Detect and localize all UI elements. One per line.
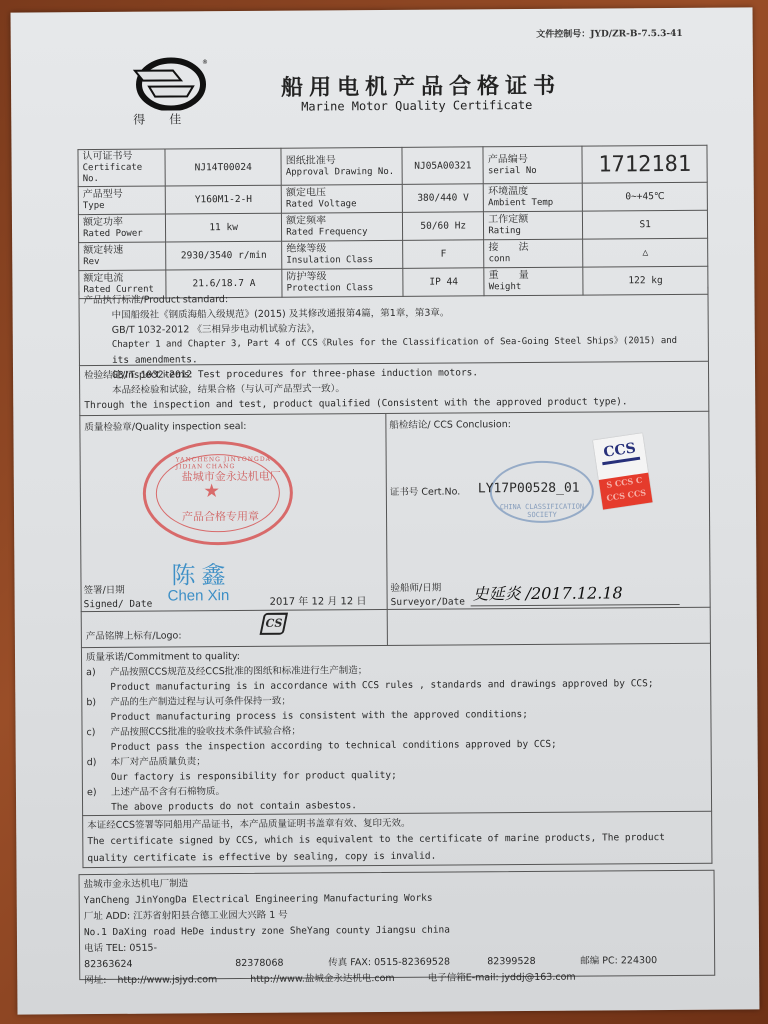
quality-seal-heading: 质量检验章/Quality inspection seal: (84, 418, 246, 433)
spec-label: 产品型号Type (78, 186, 165, 215)
signed-date-label: 签署/日期 Signed/ Date (84, 584, 153, 612)
cert-no-label: 证书号 Cert.No. (390, 483, 461, 497)
item-mark: a) (86, 665, 110, 680)
label-en: Rated Voltage (286, 199, 398, 211)
signed-label-cn: 签署/日期 (84, 584, 153, 598)
label-en: Rated Power (83, 229, 161, 241)
label-en: Insulation Class (286, 255, 398, 267)
item-mark: c) (86, 725, 110, 740)
ccs-sticker-red: S CCS C CCS CCS (599, 473, 653, 510)
signature-english: Chen Xin (168, 587, 230, 604)
spec-value: NJ14T00024 (165, 148, 281, 186)
website-link-2[interactable]: http://www.盐城金永达机电.com (250, 973, 394, 985)
cert-no-value: LY17P00528_01 (478, 481, 580, 497)
label-cn: 额定频率 (286, 215, 398, 228)
label-en: Certificate No. (83, 163, 161, 186)
spec-value: 0~+45℃ (583, 182, 708, 211)
label-cn: 工作定额 (488, 214, 578, 227)
spec-value: 50/60 Hz (403, 212, 484, 241)
spec-label: 额定功率Rated Power (78, 214, 165, 243)
spec-value: NJ05A00321 (402, 147, 483, 185)
spec-row: 额定转速Rev2930/3540 r/min绝缘等级Insulation Cla… (79, 238, 708, 270)
spec-value: 2930/3540 r/min (166, 241, 282, 270)
postcode: 邮编 PC: 224300 (580, 953, 657, 970)
item-cn: 上述产品不含有石棉物质。 (111, 786, 225, 798)
validity-section: 本证经CCS签署等同船用产品证书，本产品质量证明书盖章有效、复印无效。 The … (82, 812, 712, 868)
star-icon: ★ (204, 474, 220, 504)
spec-row: 认可证书号Certificate No.NJ14T00024图纸批准号Appro… (78, 145, 707, 186)
spec-label: 环境温度Ambient Temp (484, 183, 583, 212)
spec-label: 图纸批准号Approval Drawing No. (281, 147, 402, 185)
spec-label: 接 法conn (484, 239, 583, 268)
seal-mid-text: 产品合格专用章 (182, 508, 259, 525)
manufacturer-footer: 盐城市金永达机电厂制造 YanCheng JinYongDa Electrica… (79, 870, 716, 980)
title-english: Marine Motor Quality Certificate (301, 98, 532, 114)
commitment-item: c)产品按照CCS批准的验收技术条件试验合格； Product pass the… (86, 721, 706, 755)
label-cn: 额定电流 (83, 273, 161, 286)
item-cn: 产品按照CCS规范及经CCS批准的图纸和标准进行生产制造； (110, 665, 367, 678)
spec-row: 产品型号TypeY160M1-2-H额定电压Rated Voltage380/4… (78, 182, 707, 214)
spec-value: S1 (583, 210, 708, 239)
label-en: conn (489, 254, 579, 266)
spec-label: 额定电压Rated Voltage (281, 184, 402, 213)
commitment-item: d)本厂对产品质量负责； Our factory is responsibili… (87, 751, 707, 785)
label-en: Approval Drawing No. (286, 166, 398, 178)
tel-2: 82378068 (235, 956, 295, 972)
spec-label: 额定转速Rev (79, 242, 166, 271)
spec-value: △ (583, 238, 708, 267)
ccs-sticker: CCS S CCS C CCS CCS (593, 433, 653, 510)
website-label: 网址: (84, 975, 106, 986)
ccs-logo-icon: CS (260, 613, 289, 635)
spec-label: 产品编号serial No (483, 146, 582, 184)
svg-text:®: ® (203, 58, 208, 66)
item-mark: d) (87, 755, 111, 770)
inspect-section: 检验结论/Inspect items: 本品经检验和试验，结果合格（与认可产品型… (79, 362, 709, 416)
signature-chinese: 陈鑫 (171, 555, 231, 590)
label-cn: 环境温度 (488, 186, 578, 199)
label-cn: 额定转速 (83, 245, 161, 258)
company-logo: ® 得佳 (121, 56, 217, 127)
spec-label: 认可证书号Certificate No. (78, 149, 165, 187)
spec-table: 认可证书号Certificate No.NJ14T00024图纸批准号Appro… (77, 145, 708, 299)
surveyor-label: 验船师/日期 Surveyor/Date (390, 581, 465, 610)
label-en: serial No (488, 165, 578, 177)
label-en: Ambient Temp (488, 198, 578, 210)
commitment-item: e)上述产品不含有石棉物质。 The above products do not… (87, 781, 707, 815)
label-cn: 图纸批准号 (286, 154, 398, 167)
serial-number: 1712181 (582, 145, 707, 183)
spec-label: 额定频率Rated Frequency (282, 212, 403, 241)
label-cn: 绝缘等级 (286, 243, 398, 256)
title-chinese: 船用电机产品合格证书 (281, 69, 561, 102)
commitment-item: a)产品按照CCS规范及经CCS批准的图纸和标准进行生产制造； Product … (86, 661, 706, 695)
surveyor-label-cn: 验船师/日期 (390, 581, 464, 596)
label-cn: 产品编号 (488, 153, 578, 166)
label-cn: 接 法 (488, 242, 578, 255)
commitment-item: b)产品的生产制造过程与认可条件保持一致； Product manufactur… (86, 691, 706, 725)
spec-label: 工作定额Rating (484, 211, 583, 240)
label-en: Rev (83, 257, 161, 269)
spec-value: 11 kw (165, 213, 281, 242)
ccs-seal-text: CHINA CLASSIFICATION SOCIETY (492, 503, 592, 520)
inspect-en: Through the inspection and test, product… (84, 394, 704, 413)
seal-section: 质量检验章/Quality inspection seal: YANCHENG … (79, 412, 710, 612)
label-cn: 额定功率 (83, 217, 161, 230)
tel: 电话 TEL: 0515-82363624 (84, 940, 202, 973)
surveyor-signature: 史延炎 /2017.12.18 (472, 580, 622, 604)
item-cn: 本厂对产品质量负责； (111, 756, 206, 768)
company-logo-icon: ® (121, 56, 211, 111)
label-cn: 认可证书号 (82, 151, 160, 164)
signed-date: 2017 年 12 月 12 日 (270, 592, 367, 608)
spec-value: Y160M1-2-H (165, 185, 281, 214)
label-cn: 产品型号 (83, 189, 161, 202)
label-en: Rated Frequency (286, 227, 398, 239)
fax: 传真 FAX: 0515-82369528 (328, 954, 478, 971)
product-standard-section: 产品执行标准/Product standard: 中国船级社《钢质海船入级规范》… (78, 287, 709, 366)
logo-brand-text: 得佳 (133, 110, 217, 128)
item-cn: 产品的生产制造过程与认可条件保持一致； (110, 696, 291, 708)
ccs-conclusion-heading: 船检结论/ CCS Conclusion: (389, 416, 511, 431)
document-control-number: 文件控制号：JYD/ZR-B-7.5.3-41 (536, 26, 682, 40)
spec-value: F (403, 240, 484, 269)
validity-en: The certificate signed by CCS, which is … (87, 829, 707, 867)
logo-row: 产品铭牌上标有/Logo: CS (81, 608, 711, 648)
item-mark: b) (86, 695, 110, 710)
certificate-paper: 文件控制号：JYD/ZR-B-7.5.3-41 ® 得佳 船用电机产品合格证书 … (11, 7, 760, 1014)
item-cn: 产品按照CCS批准的验收技术条件试验合格； (111, 726, 301, 738)
signed-label-en: Signed/ Date (84, 598, 153, 612)
email-label: 电子信箱E-mail: (428, 972, 499, 983)
logo-label: 产品铭牌上标有/Logo: (86, 627, 182, 642)
spec-label: 绝缘等级Insulation Class (282, 240, 403, 269)
commitment-section: 质量承诺/Commitment to quality: a)产品按照CCS规范及… (81, 644, 712, 816)
spec-value: 380/440 V (402, 184, 483, 213)
surveyor-label-en: Surveyor/Date (391, 595, 465, 610)
website-link-1[interactable]: http://www.jsjyd.com (117, 974, 217, 986)
quality-seal-panel: 质量检验章/Quality inspection seal: YANCHENG … (80, 414, 387, 611)
seal-cn-text: 盐城市金永达机电厂 (182, 468, 281, 485)
label-cn: 防护等级 (286, 271, 398, 284)
label-cn: 重 量 (489, 270, 579, 283)
ccs-conclusion-panel: 船检结论/ CCS Conclusion: CHINA CLASSIFICATI… (385, 412, 709, 609)
label-en: Type (83, 201, 161, 213)
spec-row: 额定功率Rated Power11 kw额定频率Rated Frequency5… (78, 210, 707, 242)
email-link[interactable]: jyddj@163.com (502, 972, 576, 984)
factory-seal-stamp: YANCHENG JINYONGDA JIDIAN CHANG 盐城市金永达机电… (143, 441, 294, 546)
fax-2: 82399528 (487, 954, 547, 970)
label-cn: 额定电压 (286, 187, 398, 200)
label-en: Rating (488, 226, 578, 238)
item-mark: e) (87, 785, 111, 800)
